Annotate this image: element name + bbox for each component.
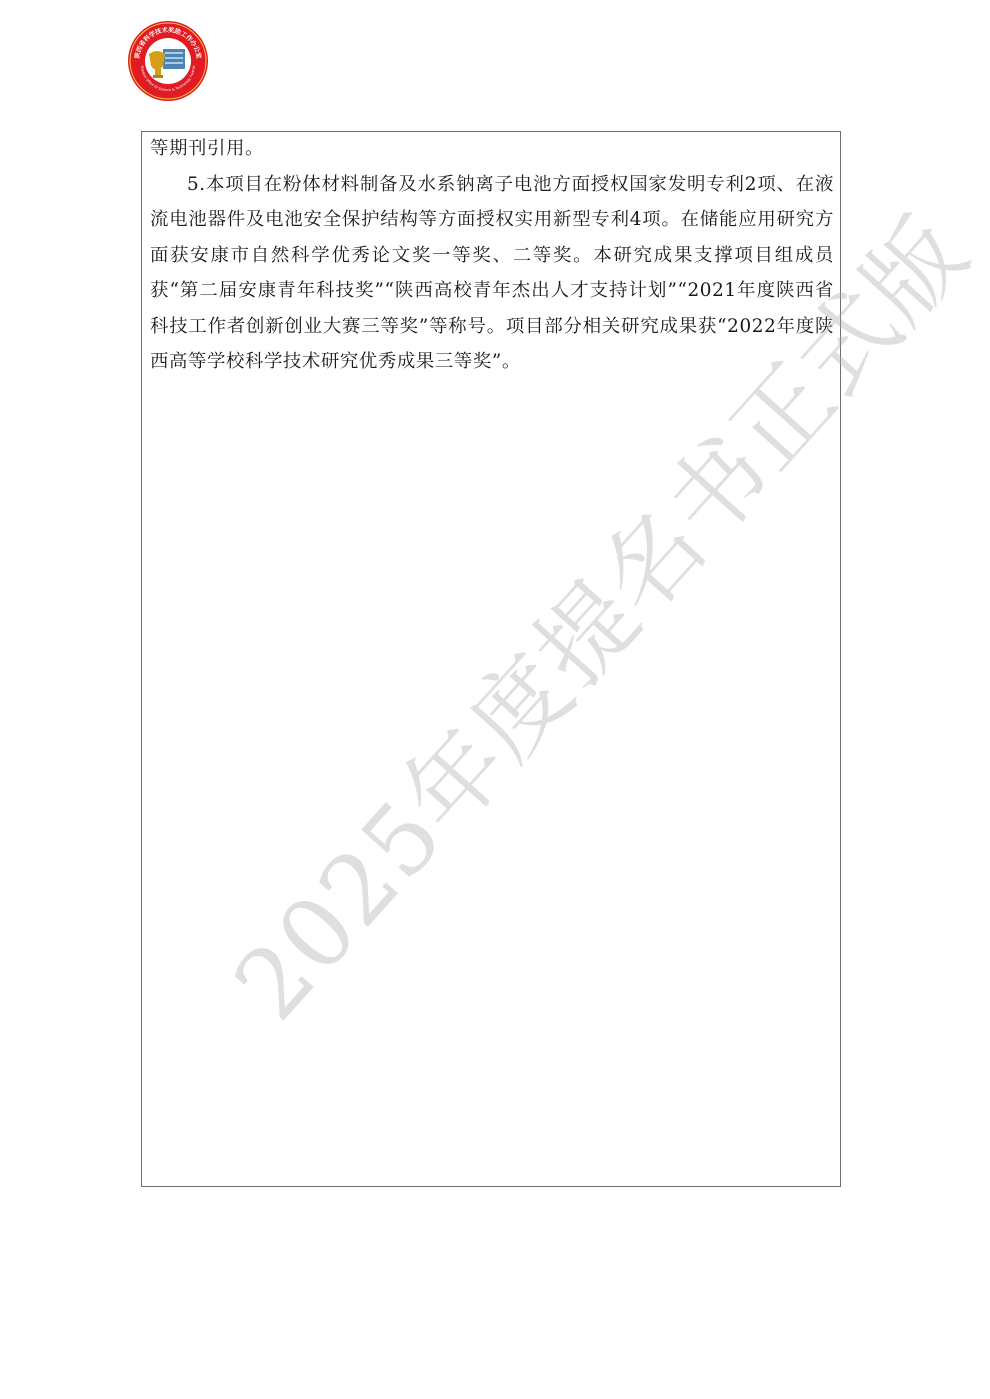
document-body: 等期刊引用。 5.本项目在粉体材料制备及水系钠离子电池方面授权国家发明专利2项、…: [150, 131, 834, 380]
paragraph-item-5: 5.本项目在粉体材料制备及水系钠离子电池方面授权国家发明专利2项、在液流电池器件…: [150, 167, 834, 380]
organization-logo: 陕西省科学技术奖励工作办公室 Shaanxi Office Of Science…: [127, 20, 209, 102]
paragraph-continuation: 等期刊引用。: [150, 131, 834, 167]
seal-emblem-icon: 陕西省科学技术奖励工作办公室 Shaanxi Office Of Science…: [127, 20, 209, 102]
